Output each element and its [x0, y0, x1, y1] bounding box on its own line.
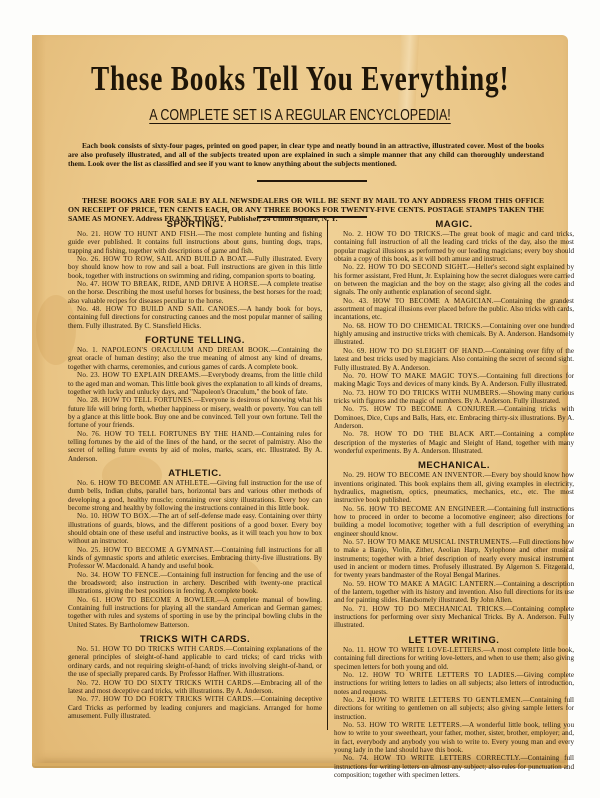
book-title: No. 69. HOW TO DO SLEIGHT OF HAND. — [343, 347, 485, 355]
book-entry: No. 23. HOW TO EXPLAIN DREAMS.—Everybody… — [68, 371, 322, 396]
book-title: No. 22. HOW TO DO SECOND SIGHT. — [343, 263, 468, 271]
section-title: LETTER WRITING. — [334, 636, 574, 646]
book-title: No. 48. HOW TO BUILD AND SAIL CANOES. — [77, 305, 240, 313]
book-title: No. 56. HOW TO BECOME AN ENGINEER. — [343, 505, 487, 513]
book-title: No. 25. HOW TO BECOME A GYMNAST. — [77, 546, 215, 554]
book-entry: No. 1. NAPOLEON'S ORACULUM AND DREAM BOO… — [68, 346, 322, 371]
section-title: MECHANICAL. — [334, 461, 574, 471]
book-entry: No. 28. HOW TO TELL FORTUNES.—Everyone i… — [68, 396, 322, 429]
book-title: No. 57. HOW TO MAKE MUSICAL INSTRUMENTS. — [343, 538, 512, 546]
book-title: No. 71. HOW TO DO MECHANICAL TRICKS. — [343, 605, 505, 613]
book-title: No. 10. HOW TO BOX. — [77, 512, 151, 520]
book-entry: No. 73. HOW TO DO TRICKS WITH NUMBERS.—S… — [334, 389, 574, 406]
left-column: SPORTING.No. 21. HOW TO HUNT AND FISH.—T… — [68, 218, 322, 720]
book-title: No. 61. HOW TO BECOME A BOWLER. — [77, 596, 217, 604]
book-entry: No. 74. HOW TO WRITE LETTERS CORRECTLY.—… — [334, 754, 574, 779]
section-title: TRICKS WITH CARDS. — [68, 635, 322, 645]
book-title: No. 78. HOW TO DO THE BLACK ART. — [343, 430, 495, 438]
book-entry: No. 22. HOW TO DO SECOND SIGHT.—Heller's… — [334, 263, 574, 296]
book-entry: No. 43. HOW TO BECOME A MAGICIAN.—Contai… — [334, 297, 574, 322]
book-title: No. 26. HOW TO ROW, SAIL AND BUILD A BOA… — [77, 255, 248, 263]
book-entry: No. 71. HOW TO DO MECHANICAL TRICKS.—Con… — [334, 605, 574, 630]
book-title: No. 2. HOW TO DO TRICKS. — [343, 230, 442, 238]
subheadline: A COMPLETE SET IS A REGULAR ENCYCLOPEDIA… — [91, 107, 509, 125]
section-title: SPORTING. — [68, 220, 322, 230]
book-entry: No. 78. HOW TO DO THE BLACK ART.—Contain… — [334, 430, 574, 455]
book-title: No. 68. HOW TO DO CHEMICAL TRICKS. — [343, 322, 483, 330]
headline: These Books Tell You Everything! — [91, 59, 509, 99]
book-entry: No. 29. HOW TO BECOME AN INVENTOR.—Every… — [334, 471, 574, 504]
book-title: No. 11. HOW TO WRITE LOVE-LETTERS. — [343, 646, 483, 654]
book-title: No. 70. HOW TO MAKE MAGIC TOYS. — [343, 372, 479, 380]
book-entry: No. 2. HOW TO DO TRICKS.—The great book … — [334, 230, 574, 263]
book-entry: No. 61. HOW TO BECOME A BOWLER.—A comple… — [68, 596, 322, 629]
book-title: No. 77. HOW TO DO FORTY TRICKS WITH CARD… — [77, 695, 254, 703]
book-entry: No. 10. HOW TO BOX.—The art of self-defe… — [68, 512, 322, 545]
book-entry: No. 25. HOW TO BECOME A GYMNAST.—Contain… — [68, 546, 322, 571]
book-title: No. 47. HOW TO BREAK, RIDE, AND DRIVE A … — [77, 280, 260, 288]
section-title: ATHLETIC. — [68, 469, 322, 479]
book-entry: No. 21. HOW TO HUNT AND FISH.—The most c… — [68, 230, 322, 255]
book-entry: No. 57. HOW TO MAKE MUSICAL INSTRUMENTS.… — [334, 538, 574, 580]
book-entry: No. 6. HOW TO BECOME AN ATHLETE.—Giving … — [68, 479, 322, 512]
book-title: No. 23. HOW TO EXPLAIN DREAMS. — [77, 371, 201, 379]
intro-paragraph: Each book consists of sixty-four pages, … — [68, 142, 544, 168]
book-title: No. 53. HOW TO WRITE LETTERS. — [343, 721, 462, 729]
book-entry: No. 26. HOW TO ROW, SAIL AND BUILD A BOA… — [68, 255, 322, 280]
book-entry: No. 24. HOW TO WRITE LETTERS TO GENTLEME… — [334, 696, 574, 721]
book-entry: No. 12. HOW TO WRITE LETTERS TO LADIES.—… — [334, 671, 574, 696]
book-entry: No. 34. HOW TO FENCE.—Containing full in… — [68, 571, 322, 596]
book-entry: No. 51. HOW TO DO TRICKS WITH CARDS.—Con… — [68, 645, 322, 678]
book-entry: No. 53. HOW TO WRITE LETTERS.—A wonderfu… — [334, 721, 574, 754]
book-title: No. 74. HOW TO WRITE LETTERS CORRECTLY. — [343, 754, 521, 762]
book-title: No. 75. HOW TO BECOME A CONJURER. — [343, 405, 497, 413]
book-entry: No. 69. HOW TO DO SLEIGHT OF HAND.—Conta… — [334, 347, 574, 372]
book-back-cover: These Books Tell You Everything! A COMPL… — [32, 35, 568, 763]
book-title: No. 28. HOW TO TELL FORTUNES. — [77, 396, 194, 404]
book-title: No. 73. HOW TO DO TRICKS WITH NUMBERS. — [343, 389, 501, 397]
book-title: No. 1. NAPOLEON'S ORACULUM AND DREAM BOO… — [77, 346, 271, 354]
book-entry: No. 76. HOW TO TELL FORTUNES BY THE HAND… — [68, 430, 322, 463]
divider-rule — [257, 180, 367, 182]
book-title: No. 59. HOW TO MAKE A MAGIC LANTERN. — [343, 580, 496, 588]
book-entry: No. 59. HOW TO MAKE A MAGIC LANTERN.—Con… — [334, 580, 574, 605]
book-entry: No. 47. HOW TO BREAK, RIDE, AND DRIVE A … — [68, 280, 322, 305]
column-divider — [327, 220, 328, 730]
book-title: No. 72. HOW TO DO SIXTY TRICKS WITH CARD… — [77, 679, 254, 687]
book-entry: No. 75. HOW TO BECOME A CONJURER.—Contai… — [334, 405, 574, 430]
book-title: No. 51. HOW TO DO TRICKS WITH CARDS. — [77, 645, 226, 653]
book-entry: No. 77. HOW TO DO FORTY TRICKS WITH CARD… — [68, 695, 322, 720]
book-entry: No. 48. HOW TO BUILD AND SAIL CANOES.—A … — [68, 305, 322, 330]
book-title: No. 43. HOW TO BECOME A MAGICIAN. — [343, 297, 494, 305]
book-entry: No. 11. HOW TO WRITE LOVE-LETTERS.—A mos… — [334, 646, 574, 671]
book-title: No. 76. HOW TO TELL FORTUNES BY THE HAND… — [77, 430, 255, 438]
book-title: No. 29. HOW TO BECOME AN INVENTOR. — [343, 471, 484, 479]
book-entry: No. 72. HOW TO DO SIXTY TRICKS WITH CARD… — [68, 679, 322, 696]
book-title: No. 12. HOW TO WRITE LETTERS TO LADIES. — [343, 671, 517, 679]
section-title: MAGIC. — [334, 220, 574, 230]
book-title: No. 24. HOW TO WRITE LETTERS TO GENTLEME… — [343, 696, 523, 704]
right-column: MAGIC.No. 2. HOW TO DO TRICKS.—The great… — [334, 218, 574, 779]
book-entry: No. 70. HOW TO MAKE MAGIC TOYS.—Containi… — [334, 372, 574, 389]
book-title: No. 6. HOW TO BECOME AN ATHLETE. — [77, 479, 210, 487]
book-title: No. 21. HOW TO HUNT AND FISH. — [77, 230, 198, 238]
book-title: No. 34. HOW TO FENCE. — [77, 571, 160, 579]
book-entry: No. 68. HOW TO DO CHEMICAL TRICKS.—Conta… — [334, 322, 574, 347]
book-entry: No. 56. HOW TO BECOME AN ENGINEER.—Conta… — [334, 505, 574, 538]
section-title: FORTUNE TELLING. — [68, 336, 322, 346]
